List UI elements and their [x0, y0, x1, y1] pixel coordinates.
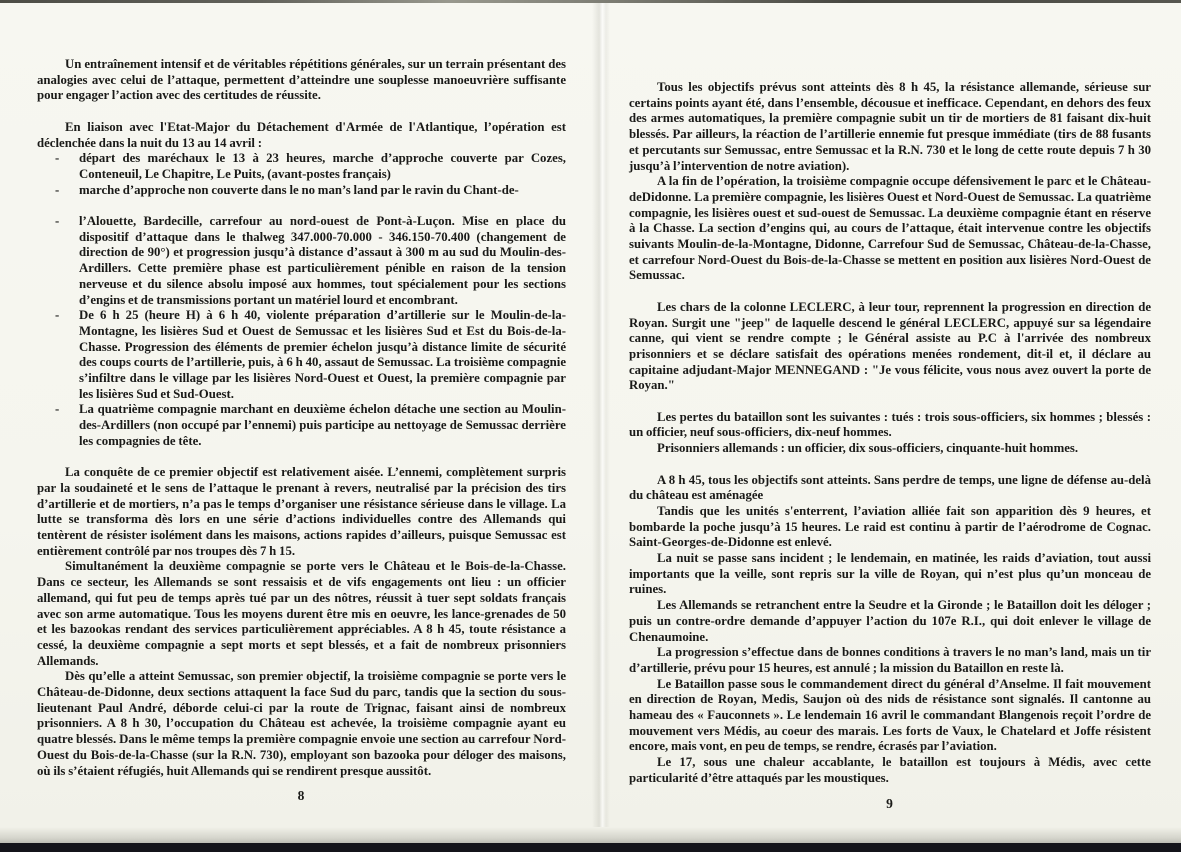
scanner-bottom-bar: [0, 843, 1181, 852]
paragraph: La conquête de ce premier objectif est r…: [37, 465, 566, 559]
paragraph: Tous les objectifs prévus sont atteints …: [629, 80, 1151, 174]
paragraph: En liaison avec l'Etat-Major du Détachem…: [37, 120, 566, 151]
bullet-item: -De 6 h 25 (heure H) à 6 h 40, violente …: [37, 308, 566, 402]
paragraph: Les pertes du bataillon sont les suivant…: [629, 410, 1151, 441]
paragraph: Simultanément la deuxième compagnie se p…: [37, 559, 566, 669]
paragraph: Les Allemands se retranchent entre la Se…: [629, 598, 1151, 645]
paragraph: A 8 h 45, tous les objectifs sont attein…: [629, 473, 1151, 504]
page-number-right: 9: [629, 796, 1151, 812]
paragraph: La progression s’effectue dans de bonnes…: [629, 645, 1151, 676]
paragraph: A la fin de l’opération, la troisième co…: [629, 174, 1151, 284]
paragraph: La nuit se passe sans incident ; le lend…: [629, 551, 1151, 598]
paragraph: Tandis que les unités s'enterrent, l’avi…: [629, 504, 1151, 551]
bullet-item: -l’Alouette, Bardecille, carrefour au no…: [37, 214, 566, 308]
bullet-item: -départ des maréchaux le 13 à 23 heures,…: [37, 151, 566, 182]
bullet-text: La quatrième compagnie marchant en deuxi…: [79, 402, 566, 449]
bullet-text: l’Alouette, Bardecille, carrefour au nor…: [79, 214, 566, 308]
bullet-text: De 6 h 25 (heure H) à 6 h 40, violente p…: [79, 308, 566, 402]
paragraph: Les chars de la colonne LECLERC, à leur …: [629, 300, 1151, 394]
bullet-dash-icon: -: [37, 214, 79, 308]
bullet-dash-icon: -: [37, 151, 79, 182]
bullet-dash-icon: -: [37, 402, 79, 449]
paragraph: Le Bataillon passe sous le commandement …: [629, 677, 1151, 756]
bullet-dash-icon: -: [37, 183, 79, 199]
bullet-dash-icon: -: [37, 308, 79, 402]
bullet-text: départ des maréchaux le 13 à 23 heures, …: [79, 151, 566, 182]
bullet-item: -La quatrième compagnie marchant en deux…: [37, 402, 566, 449]
page-number-left: 8: [37, 788, 566, 804]
scanner-top-edge: [0, 0, 1181, 3]
paragraph: Prisonniers allemands : un officier, dix…: [629, 441, 1151, 457]
scanner-bottom-shadow: [0, 827, 1181, 843]
page-right: Tous les objectifs prévus sont atteints …: [629, 80, 1151, 811]
bullet-text: marche d’approche non couverte dans le n…: [79, 183, 566, 199]
paragraph: Le 17, sous une chaleur accablante, le b…: [629, 755, 1151, 786]
page-left: Un entraînement intensif et de véritable…: [37, 57, 566, 804]
page-left-text: Un entraînement intensif et de véritable…: [37, 57, 566, 779]
paragraph: Un entraînement intensif et de véritable…: [37, 57, 566, 104]
bullet-item: -marche d’approche non couverte dans le …: [37, 183, 566, 199]
paragraph: Dès qu’elle a atteint Semussac, son prem…: [37, 669, 566, 779]
page-fold-seam: [592, 3, 610, 827]
page-right-text: Tous les objectifs prévus sont atteints …: [629, 80, 1151, 787]
